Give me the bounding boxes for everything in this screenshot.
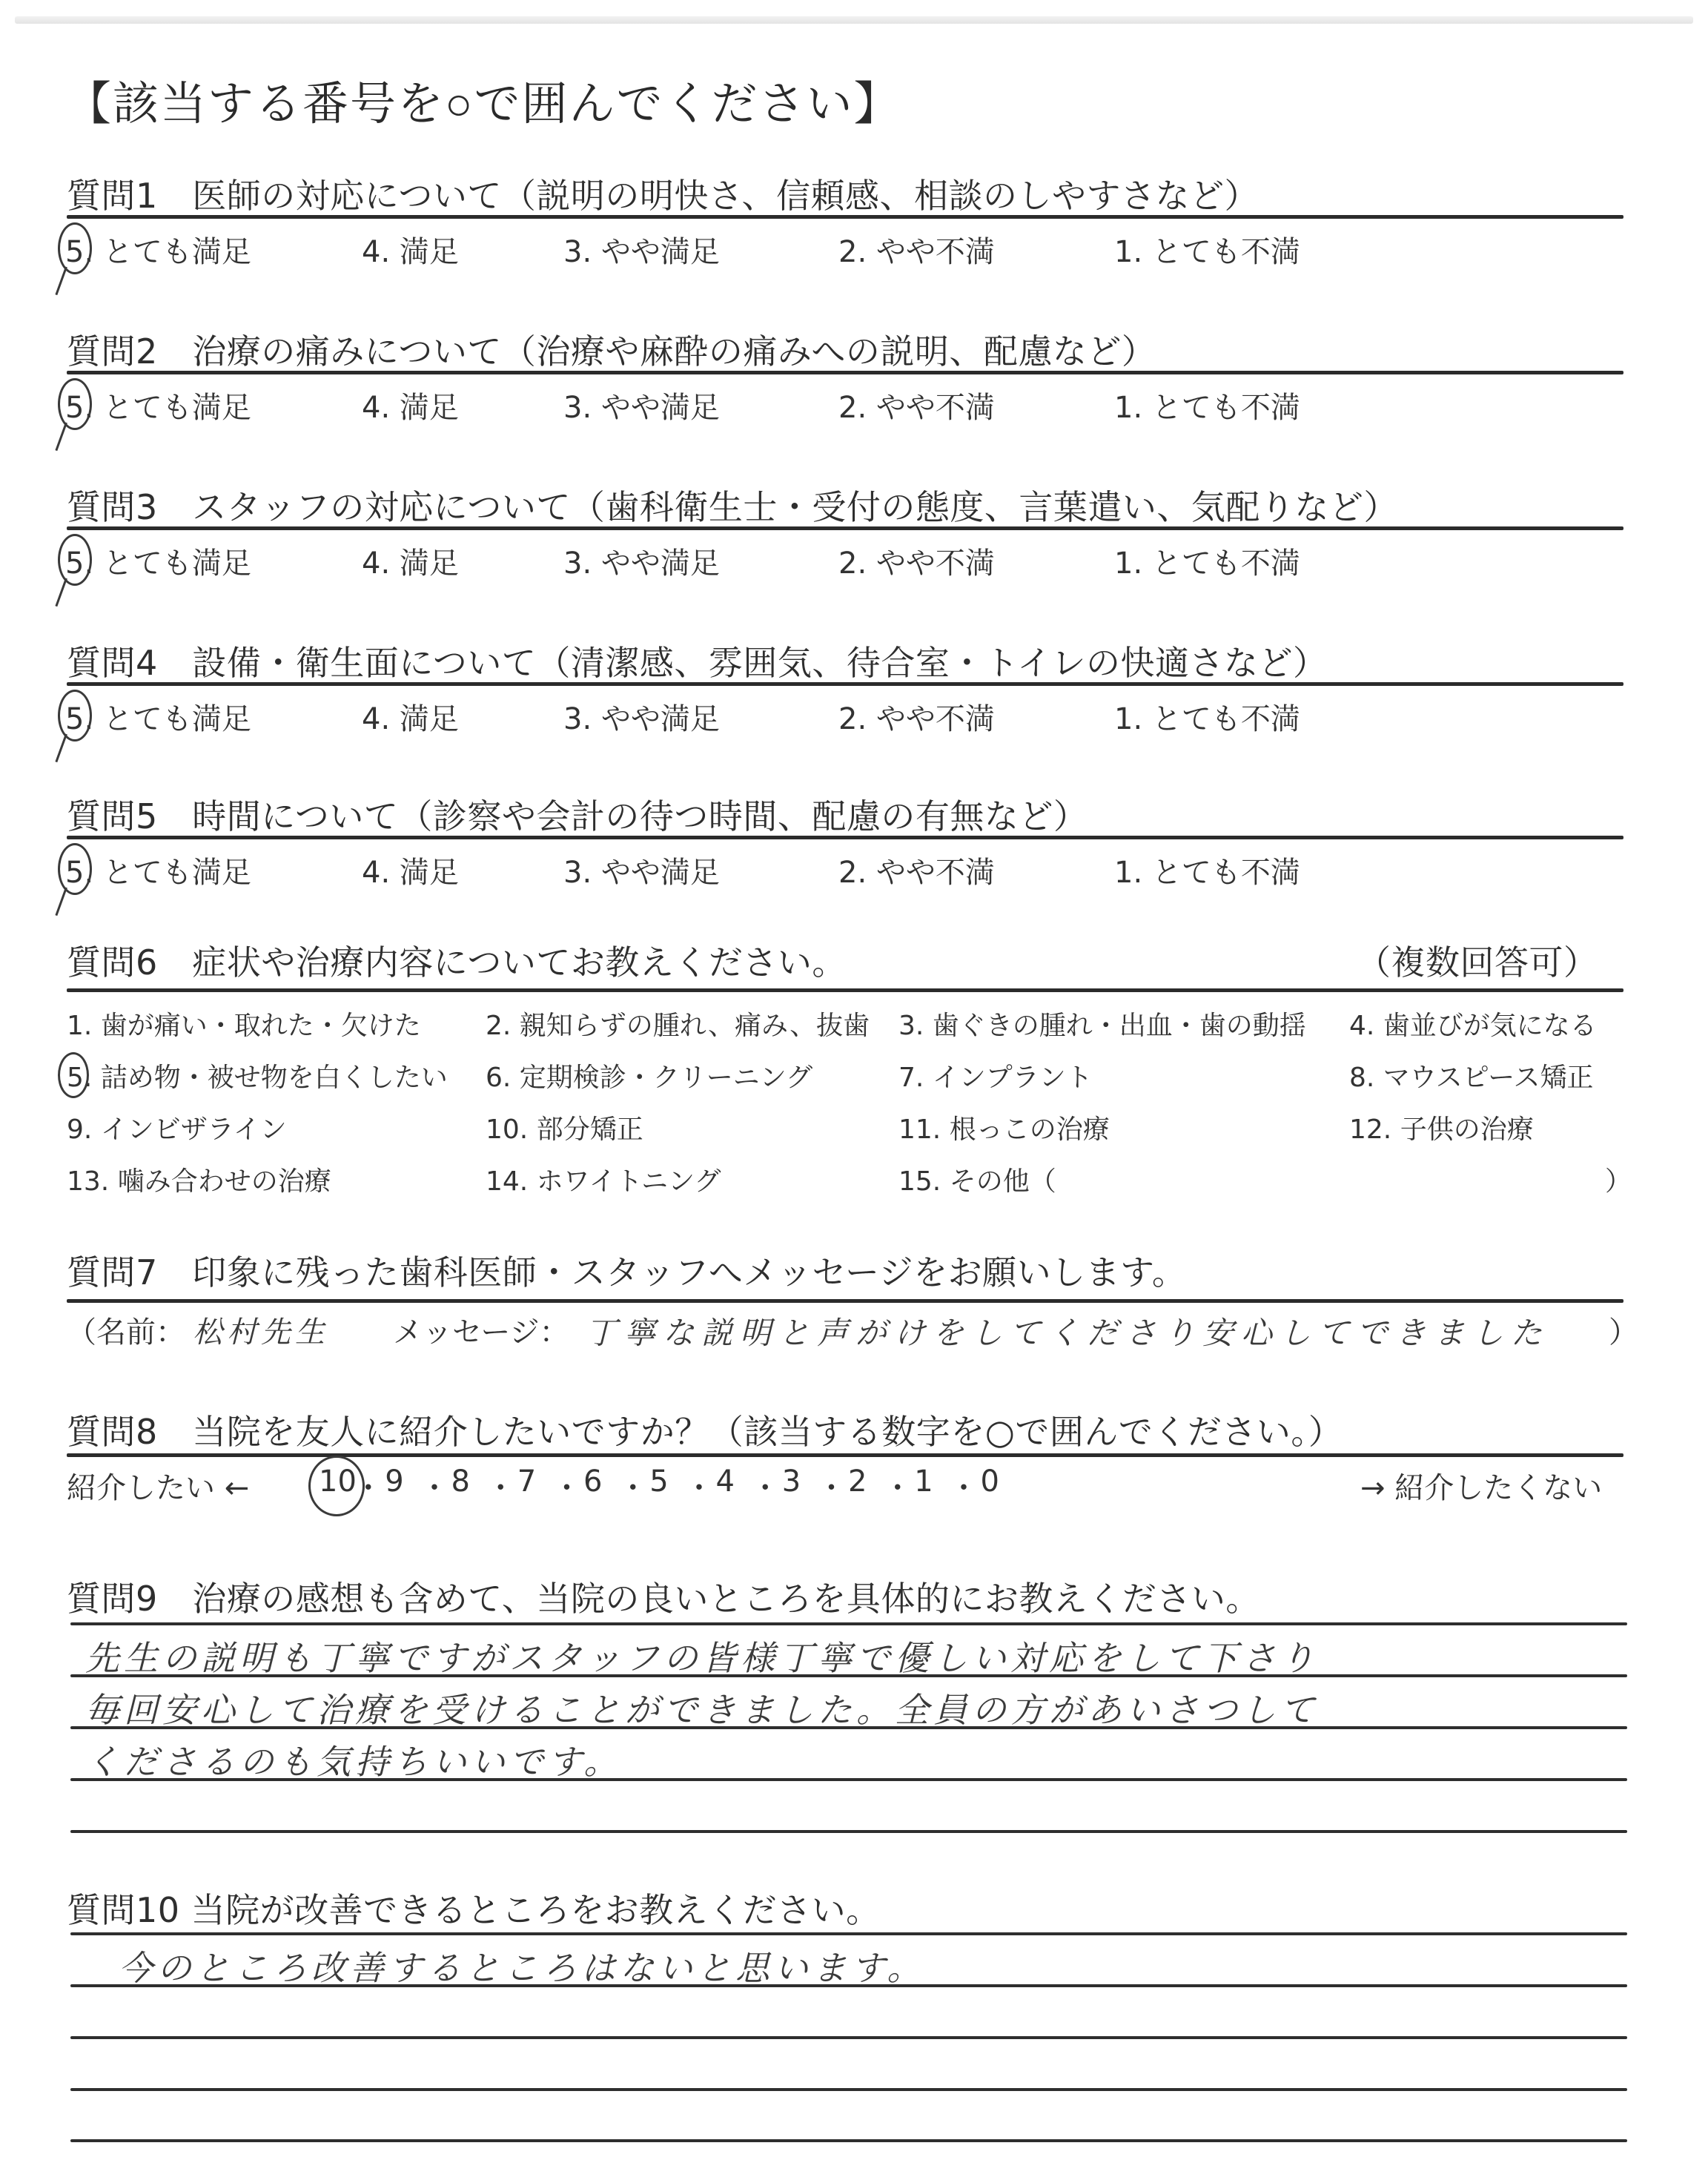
q6-option-3[interactable]: 3. 歯ぐきの腫れ・出血・歯の動揺 [898,1005,1306,1043]
q1-title: 質問1 医師の対応について（説明の明快さ、信頼感、相談のしやすさなど） [67,169,1259,218]
q8-separator: ・ [552,1464,582,1507]
q3-circle-tail [55,578,67,607]
q1-option-3[interactable]: 3. やや満足 [563,228,720,271]
q6-option-7[interactable]: 7. インプラント [898,1057,1093,1094]
q9-title: 質問9 治療の感想も含めて、当院の良いところを具体的にお教えください。 [67,1572,1260,1621]
q6-option-15[interactable]: 15. その他（ [898,1160,1056,1198]
q10-answer-line[interactable]: 今のところ改善するところはないと思います。 [119,1941,925,1990]
q7-message-value[interactable]: 丁寧な説明と声がけをしてくださり安心してできました [586,1309,1549,1353]
q2-circle-tail [55,422,67,451]
q8-rule [67,1453,1623,1457]
q3-option-2[interactable]: 2. やや不満 [838,540,995,582]
q8-scale-0[interactable]: 0 [981,1464,999,1499]
q4-selected-circle [58,690,92,742]
q2-option-5[interactable]: 5. とても満足 [65,384,251,426]
q1-options: 5. とても満足4. 満足3. やや満足2. やや不満1. とても不満 [65,228,1622,273]
q7-rule [67,1299,1623,1303]
q3-options: 5. とても満足4. 満足3. やや満足2. やや不満1. とても不満 [65,540,1622,584]
q7-answer-row: （名前： 松村先生 メッセージ： 丁寧な説明と声がけをしてくださり安心してできま… [67,1309,1638,1361]
q8-left-label: 紹介したい ← [67,1464,249,1507]
q10-writing-line [70,2088,1627,2091]
q8-separator: ・ [684,1464,714,1507]
q6-note: （複数回答可） [1357,936,1598,985]
q8-separator: ・ [486,1464,515,1507]
q9-writing-line [70,1622,1627,1625]
q6-selected-circle [58,1052,89,1098]
q8-right-label: → 紹介したくない [1360,1464,1602,1507]
q6-rule [67,988,1623,992]
q7-name-label: （名前： [67,1309,185,1351]
q1-rule [67,215,1623,219]
q2-options: 5. とても満足4. 満足3. やや満足2. やや不満1. とても不満 [65,384,1622,429]
q8-scale-9[interactable]: 9 [385,1464,403,1499]
q8-scale-1[interactable]: 1 [914,1464,933,1499]
q4-circle-tail [55,733,67,762]
q4-option-2[interactable]: 2. やや不満 [838,696,995,738]
q8-scale-row: 紹介したい ←10・9・8・7・6・5・4・3・2・1・0→ 紹介したくない [67,1464,1638,1509]
q6-option-1[interactable]: 1. 歯が痛い・取れた・欠けた [67,1005,421,1043]
q7-name-value[interactable]: 松村先生 [193,1309,329,1351]
q1-option-2[interactable]: 2. やや不満 [838,228,995,271]
q4-option-5[interactable]: 5. とても満足 [65,696,251,738]
q3-selected-circle [58,534,92,586]
q5-option-4[interactable]: 4. 満足 [362,849,459,891]
q3-title: 質問3 スタッフの対応について（歯科衛生士・受付の態度、言葉遣い、気配りなど） [67,480,1398,529]
q5-option-5[interactable]: 5. とても満足 [65,849,251,891]
q6-option-2[interactable]: 2. 親知らずの腫れ、痛み、抜歯 [486,1005,870,1043]
q6-option-9[interactable]: 9. インビザライン [67,1109,287,1146]
q6-option-4[interactable]: 4. 歯並びが気になる [1349,1005,1597,1043]
q10-writing-line [70,2139,1627,2142]
q4-title: 質問4 設備・衛生面について（清潔感、雰囲気、待合室・トイレの快適さなど） [67,636,1328,685]
q5-options: 5. とても満足4. 満足3. やや満足2. やや不満1. とても不満 [65,849,1622,894]
q5-selected-circle [58,843,92,895]
q8-scale-6[interactable]: 6 [583,1464,602,1499]
q6-option-close-paren: ） [1605,1160,1632,1198]
q2-selected-circle [58,378,92,430]
q3-option-3[interactable]: 3. やや満足 [563,540,720,582]
q8-scale-4[interactable]: 4 [716,1464,735,1499]
q5-option-2[interactable]: 2. やや不満 [838,849,995,891]
q6-option-11[interactable]: 11. 根っこの治療 [898,1109,1110,1146]
q8-scale-8[interactable]: 8 [451,1464,470,1499]
q1-option-1[interactable]: 1. とても不満 [1114,228,1300,271]
q5-option-3[interactable]: 3. やや満足 [563,849,720,891]
scan-top-edge [15,16,1693,24]
q9-answer-line[interactable]: 毎回安心して治療を受けることができました。全員の方があいさつして [85,1683,1319,1732]
q2-option-2[interactable]: 2. やや不満 [838,384,995,426]
q6-option-14[interactable]: 14. ホワイトニング [486,1160,721,1198]
q3-option-4[interactable]: 4. 満足 [362,540,459,582]
q8-separator: ・ [750,1464,780,1507]
q6-option-12[interactable]: 12. 子供の治療 [1349,1109,1534,1146]
q8-scale-7[interactable]: 7 [517,1464,536,1499]
q10-writing-line [70,2036,1627,2039]
q2-title: 質問2 治療の痛みについて（治療や麻酔の痛みへの説明、配慮など） [67,325,1156,374]
q8-title: 質問8 当院を友人に紹介したいですか？（該当する数字を○で囲んでください。） [67,1405,1343,1454]
q8-scale-3[interactable]: 3 [782,1464,801,1499]
q4-option-3[interactable]: 3. やや満足 [563,696,720,738]
q5-title: 質問5 時間について（診察や会計の待つ時間、配慮の有無など） [67,790,1088,839]
q6-option-10[interactable]: 10. 部分矯正 [486,1109,643,1146]
q5-option-1[interactable]: 1. とても不満 [1114,849,1300,891]
q2-option-1[interactable]: 1. とても不満 [1114,384,1300,426]
q1-option-5[interactable]: 5. とても満足 [65,228,251,271]
q6-title: 質問6 症状や治療内容についてお教えください。 [67,936,847,985]
q9-writing-line [70,1830,1627,1833]
q9-answer-line[interactable]: 先生の説明も丁寧ですがスタッフの皆様丁寧で優しい対応をして下さり [85,1631,1319,1680]
q2-option-4[interactable]: 4. 満足 [362,384,459,426]
q1-option-4[interactable]: 4. 満足 [362,228,459,271]
q6-option-5[interactable]: 5. 詰め物・被せ物を白くしたい [67,1057,448,1094]
q4-option-1[interactable]: 1. とても不満 [1114,696,1300,738]
q3-option-5[interactable]: 5. とても満足 [65,540,251,582]
q5-rule [67,836,1623,839]
q8-scale-5[interactable]: 5 [649,1464,668,1499]
q2-option-3[interactable]: 3. やや満足 [563,384,720,426]
q9-answer-line[interactable]: くださるのも気持ちいいです。 [85,1735,622,1784]
q6-option-6[interactable]: 6. 定期検診・クリーニング [486,1057,812,1094]
q7-close-paren: ） [1609,1309,1638,1351]
q10-title: 質問10 当院が改善できるところをお教えください。 [67,1883,881,1932]
q4-rule [67,682,1623,686]
q4-options: 5. とても満足4. 満足3. やや満足2. やや不満1. とても不満 [65,696,1622,740]
q3-option-1[interactable]: 1. とても不満 [1114,540,1300,582]
q8-separator: ・ [883,1464,913,1507]
q8-scale-2[interactable]: 2 [848,1464,867,1499]
q8-separator: ・ [618,1464,648,1507]
q5-circle-tail [55,887,67,916]
q8-separator: ・ [817,1464,847,1507]
q6-option-8[interactable]: 8. マウスピース矯正 [1349,1057,1593,1094]
q3-rule [67,526,1623,530]
q6-option-13[interactable]: 13. 噛み合わせの治療 [67,1160,331,1198]
q7-title: 質問7 印象に残った歯科医師・スタッフへメッセージをお願いします。 [67,1246,1186,1295]
q1-selected-circle [58,222,92,274]
page-title: 【該当する番号を○で囲んでください】 [65,67,901,133]
q1-circle-tail [55,266,67,295]
q8-separator: ・ [949,1464,979,1507]
q7-message-label: メッセージ： [393,1309,569,1351]
q10-writing-line [70,1932,1627,1935]
q2-rule [67,371,1623,374]
q8-separator: ・ [420,1464,449,1507]
q8-selected-circle [308,1456,365,1516]
q4-option-4[interactable]: 4. 満足 [362,696,459,738]
